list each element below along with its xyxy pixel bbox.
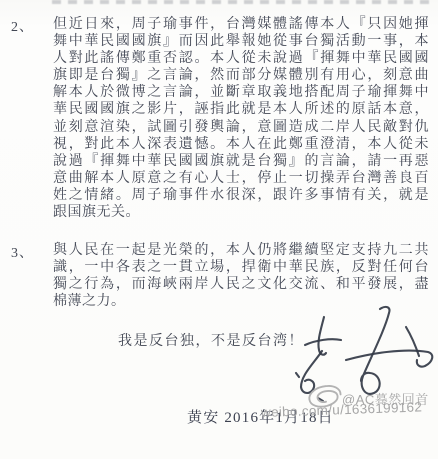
text-line: 人對此謠傳鄭重否認。本人從未說過『揮舞中華民國國 [53,50,429,67]
text-line: 解本人於微博之言論，並斷章取義地搭配周子瑜揮舞中 [53,84,429,101]
paragraph-3-text: 與人民在一起是光榮的，本人仍將繼續堅定支持九二共 識，一中各表之一貫立場，捍衛中… [53,242,438,310]
text-line: 識，一中各表之一貫立場，捍衛中華民族，反對任何台 [53,259,429,276]
text-line: 視，對此本人深表遺憾。本人在此鄭重澄清，本人從未 [53,136,429,153]
signoff-date: 黄安 2016年1月18日 [187,406,334,427]
paragraph-3: 3、 與人民在一起是光榮的，本人仍將繼續堅定支持九二共 識，一中各表之一貫立場，… [0,242,438,310]
text-line: 並刻意渲染，試圖引發輿論，意圖造成二岸人民敵對仇 [53,119,429,136]
text-line: 意曲解本人原意之有心人士，停止一切操弄台灣善良百 [53,170,429,187]
signature-huang-an [288,303,438,408]
text-line: 華民國國旗之影片，誣指此就是本人所述的原話本意， [53,101,429,118]
text-line: 跟国旗无关。 [53,204,429,221]
text-line: 與人民在一起是光榮的，本人仍將繼續堅定支持九二共 [53,242,429,259]
slogan-line: 我是反台独，不是反台湾！ [118,330,304,350]
text-line: 獨之行為，而海峽兩岸人民之文化交流、和平發展，盡 [53,276,429,293]
cropped-text-remnant [52,0,430,4]
text-line: 說過『揮舞中華民國國旗就是台獨』的言論，請一再惡 [53,153,429,170]
text-line: 舞中華民國國旗』而因此舉報她從事台獨活動一事，本 [53,33,429,50]
paragraph-2: 2、 但近日來，周子瑜事件，台灣媒體謠傳本人『只因她揮 舞中華民國國旗』而因此舉… [0,16,438,221]
text-line: 旗即是台獨』之言論，然而部分媒體別有用心，刻意曲 [53,67,429,84]
paragraph-2-number: 2、 [11,16,34,36]
paragraph-3-number: 3、 [11,242,34,262]
text-line: 姓之情緒。周子瑜事件水很深，跟许多事情有关，就是 [53,187,429,204]
document-page: 2、 但近日來，周子瑜事件，台灣媒體謠傳本人『只因她揮 舞中華民國國旗』而因此舉… [0,0,438,459]
text-line: 但近日來，周子瑜事件，台灣媒體謠傳本人『只因她揮 [53,16,429,33]
paragraph-2-text: 但近日來，周子瑜事件，台灣媒體謠傳本人『只因她揮 舞中華民國國旗』而因此舉報她從… [53,16,438,221]
